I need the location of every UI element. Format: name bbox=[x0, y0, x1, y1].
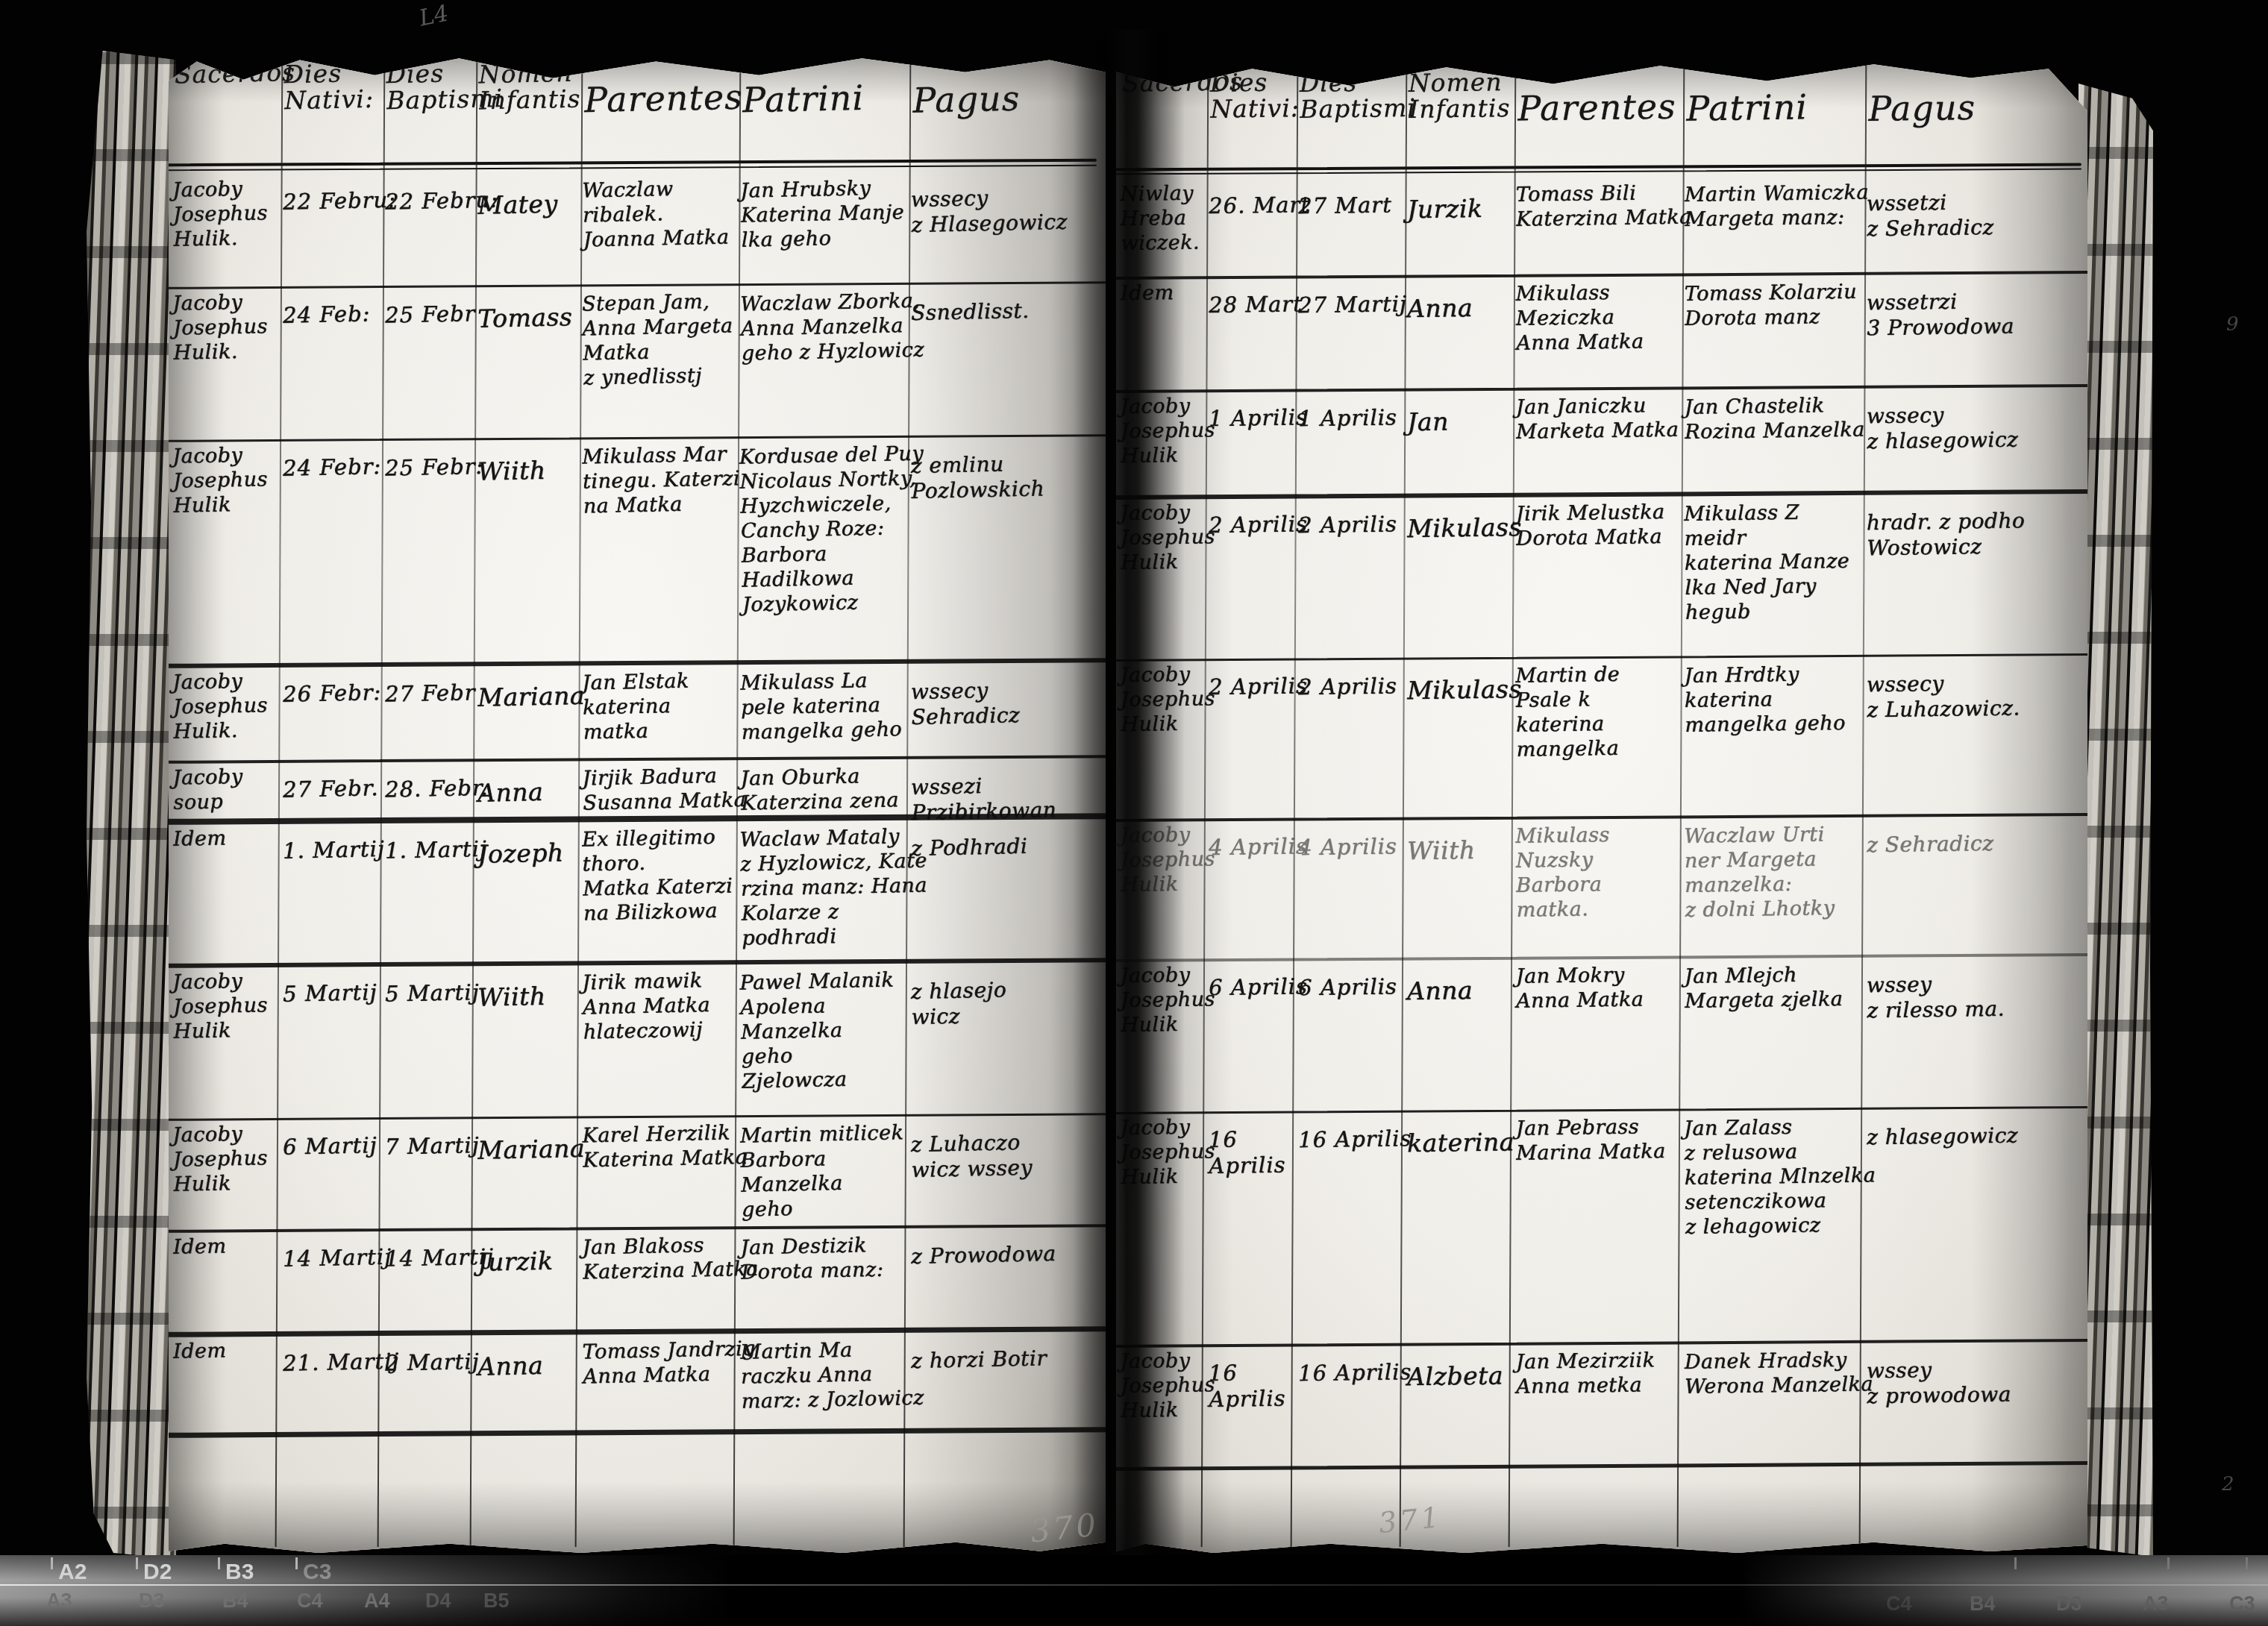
left-page: 370 SacerdosDies Nativi:Dies BaptismiNom… bbox=[169, 42, 1106, 1557]
register-row: Jacoby Josephus Hulik16 Aprilis16 Aprili… bbox=[1116, 1343, 2087, 1466]
right-page: 371 SacerdosDies Nativi:Dies BaptismiNom… bbox=[1116, 48, 2087, 1557]
register-row: Idem21. Martij2 MartijAnnaTomass Jandrzi… bbox=[169, 1333, 1106, 1434]
cell-patrini: Jan Hrdtky katerina mangelka geho bbox=[1684, 662, 1889, 738]
cell-patrini: Waclaw Mataly z Hyzlowicz, Kate rzina ma… bbox=[739, 824, 934, 951]
film-strip-label: A3 bbox=[46, 1589, 72, 1613]
cell-patrini: Jan Hrubsky Katerina Manje lka geho bbox=[740, 175, 934, 253]
cell-parentes: Jan Janiczku Marketa Matka bbox=[1516, 393, 1708, 445]
column-header-sacerdos: Sacerdos bbox=[1122, 69, 1204, 97]
cell-patrini: Mikulass Z meidr katerina Manze lka Ned … bbox=[1684, 500, 1890, 625]
cell-parentes: Jan Blakoss Katerzina Matka bbox=[582, 1232, 763, 1285]
cell-pagus: wssetrzi 3 Prowodowa bbox=[1866, 280, 2113, 342]
register-row: Jacoby Josephus Hulik2 Aprilis2 AprilisM… bbox=[1116, 495, 2087, 657]
cell-pagus: z Sehradicz bbox=[1867, 822, 2114, 858]
film-strip-tick bbox=[295, 1557, 298, 1569]
cell-patrini: Martin Wamiczka Margeta manz: bbox=[1685, 181, 1890, 233]
cell-pagus: wssey z prowodowa bbox=[1866, 1348, 2113, 1410]
cell-patrini: Jan Zalass z relusowa katerina Mlnzelka … bbox=[1684, 1114, 1890, 1240]
film-strip-label: D2 bbox=[143, 1560, 172, 1585]
film-strip-label: B4 bbox=[1970, 1592, 1996, 1616]
cell-parentes: Martin de Psale k katerina mangelka bbox=[1515, 662, 1708, 762]
cell-pagus: wssecy z Hlasegowicz bbox=[910, 175, 1129, 238]
film-strip-label: B3 bbox=[225, 1560, 254, 1585]
cell-patrini: Pawel Malanik Apolena Manzelka geho Zjel… bbox=[739, 967, 934, 1094]
cell-patrini: Jan Mlejch Margeta zjelka bbox=[1685, 962, 1890, 1014]
page-number-right: 371 bbox=[1377, 1501, 1444, 1540]
cell-patrini: Danek Hradsky Werona Manzelka bbox=[1685, 1348, 1890, 1400]
register-row: Jacoby Josephus Hulik24 Febr:25 Febr:Wii… bbox=[169, 438, 1106, 664]
cell-parentes: Tomass Jandrzig Anna Matka bbox=[582, 1337, 763, 1390]
cell-parentes: Jirjik Badura Susanna Matka bbox=[582, 763, 763, 816]
register-row: Idem14 Martij14 MartijJurzikJan Blakoss … bbox=[169, 1228, 1106, 1333]
cell-parentes: Mikulass Nuzsky Barbora matka. bbox=[1515, 822, 1708, 923]
cell-parentes: Jan Mokry Anna Matka bbox=[1516, 962, 1708, 1014]
column-header-dies_nativi: Dies Nativi: bbox=[1210, 69, 1294, 122]
film-strip-tick bbox=[2014, 1557, 2017, 1569]
column-header-nomen: Nomen Infantis bbox=[478, 60, 578, 115]
film-strip-label: B4 bbox=[222, 1589, 248, 1613]
row-rule bbox=[163, 1427, 1112, 1438]
cell-parentes: Stepan Jam, Anna Margeta Matka z ynedlis… bbox=[582, 289, 765, 391]
film-strip-label: C3 bbox=[303, 1560, 331, 1585]
film-strip-label: C4 bbox=[297, 1589, 323, 1613]
film-strip-frame-line bbox=[0, 1584, 2268, 1586]
cell-pagus: z horzi Botir bbox=[911, 1337, 1129, 1374]
register-row: Jacoby Josephus Hulik6 Aprilis6 AprilisA… bbox=[1116, 958, 2087, 1110]
film-strip-label: B5 bbox=[483, 1589, 510, 1613]
film-strip-right-exposure bbox=[1738, 1555, 2268, 1626]
column-header-pagus: Pagus bbox=[1867, 69, 2086, 128]
film-strip-label: D4 bbox=[425, 1589, 451, 1613]
film-strip-tick bbox=[2167, 1557, 2170, 1569]
cell-pagus: z hlasejo wicz bbox=[910, 967, 1129, 1030]
film-strip-label: A3 bbox=[2143, 1592, 2169, 1616]
cell-patrini: Jan Chastelik Rozina Manzelka bbox=[1685, 393, 1890, 445]
cell-pagus: z hlasegowicz bbox=[1867, 1114, 2114, 1151]
cell-patrini: Kordusae del Puy Nicolaus Nortky, Hyzchw… bbox=[739, 442, 936, 618]
page-number-left: 370 bbox=[1029, 1506, 1101, 1549]
cell-patrini: Jan Destizik Dorota manz: bbox=[740, 1232, 933, 1285]
cell-parentes: Jan Mezirziik Anna metka bbox=[1516, 1348, 1708, 1399]
cell-parentes: Jirik Melustka Dorota Matka bbox=[1516, 500, 1708, 551]
cell-pagus: wssecy z hlasegowicz bbox=[1866, 393, 2113, 455]
cell-patrini: Martin mitlicek Barbora Manzelka geho bbox=[740, 1120, 935, 1222]
cell-parentes: Waczlaw ribalek. Joanna Matka bbox=[582, 175, 764, 253]
cell-pagus: wssecy z Luhazowicz. bbox=[1866, 662, 2113, 723]
column-header-dies_baptismi: Dies Baptismi bbox=[386, 60, 473, 114]
right-lower-margin-mark: 2 bbox=[2222, 1473, 2234, 1495]
cell-parentes: Karel Herzilik Katerina Matka bbox=[582, 1120, 763, 1173]
cell-pagus: z emlinu Pozlowskich bbox=[910, 442, 1129, 504]
register-row: Jacoby Josephus Hulik5 Martij5 MartijWii… bbox=[169, 964, 1106, 1117]
right-upper-margin-mark: 9 bbox=[2226, 313, 2239, 336]
register-row: Jacoby Josephus Hulik.26 Febr:27 FebrMar… bbox=[169, 664, 1106, 759]
register-row: Jacoby Josephus Hulik.22 Febru:22 Febru:… bbox=[169, 172, 1106, 285]
film-strip: A2D2B3C3A3D3B4C4A4D4B5C4B4D3A3C3 bbox=[0, 1555, 2268, 1626]
film-strip-tick bbox=[2246, 1557, 2248, 1569]
cell-pagus: hradr. z podho Wostowicz bbox=[1866, 500, 2113, 562]
register-row: Idem28 Mart27 MartijAnnaMikulass Meziczk… bbox=[1116, 275, 2087, 389]
register-row: Jacoby Josephus Hulik6 Martij7 MartijMar… bbox=[169, 1117, 1106, 1228]
cell-pagus: z Prowodowa bbox=[911, 1232, 1129, 1269]
cell-pagus: wssecy Sehradicz bbox=[910, 668, 1129, 730]
film-strip-label: A4 bbox=[364, 1589, 390, 1613]
column-header-pagus: Pagus bbox=[912, 59, 1102, 119]
register-row: Jacoby soup27 Febr.28. Febr.AnnaJirjik B… bbox=[169, 759, 1106, 820]
film-strip-tick bbox=[51, 1557, 53, 1569]
film-strip-label: C3 bbox=[2229, 1592, 2255, 1616]
register-row: Idem1. Martij1. MartijJozephEx illegitim… bbox=[169, 820, 1106, 964]
top-left-margin-mark: L4 bbox=[417, 0, 451, 31]
column-header-patrini: Patrini bbox=[742, 60, 907, 119]
cell-parentes: Jirik mawik Anna Matka hlateczowij bbox=[582, 967, 764, 1045]
column-header-dies_baptismi: Dies Baptismi bbox=[1300, 69, 1403, 123]
cell-parentes: Ex illegitimo thoro. Matka Katerzi na Bi… bbox=[582, 824, 765, 926]
cell-patrini: Waczlaw Zborka, Anna Manzelka geho z Hyz… bbox=[740, 289, 934, 366]
book-right-page-edges bbox=[2079, 84, 2153, 1557]
cell-pagus: z Podhradi bbox=[911, 824, 1129, 861]
cell-parentes: Jan Elstak katerina matka bbox=[582, 668, 764, 745]
column-header-patrini: Patrini bbox=[1685, 69, 1862, 127]
column-header-nomen: Nomen Infantis bbox=[1409, 69, 1512, 123]
cell-pagus: Ssnedlisst. bbox=[911, 289, 1129, 326]
book-left-page-edges bbox=[87, 51, 176, 1559]
register-row: Jacoby Josephus Hulik16 Aprilis16 Aprili… bbox=[1116, 1110, 2087, 1343]
cell-patrini: Waczlaw Urti ner Margeta manzelka: z dol… bbox=[1684, 822, 1890, 923]
cell-patrini: Mikulass La pele katerina mangelka geho bbox=[740, 668, 934, 745]
microfilm-scan: 370 SacerdosDies Nativi:Dies BaptismiNom… bbox=[0, 0, 2268, 1626]
film-strip-tick bbox=[136, 1557, 138, 1569]
cell-parentes: Tomass Bili Katerzina Matka bbox=[1516, 181, 1708, 232]
film-strip-label: A2 bbox=[58, 1560, 87, 1585]
film-strip-tick bbox=[218, 1557, 220, 1569]
column-header-parentes: Parentes bbox=[583, 60, 737, 119]
cell-pagus: wssey z rilesso ma. bbox=[1866, 962, 2113, 1024]
register-row: Jacoby Josephus Hulik.24 Feb:25 FebrToma… bbox=[169, 285, 1106, 438]
register-row: Jacoby Josephus Hulik4 Aprilis4 AprilisW… bbox=[1116, 817, 2087, 958]
register-row: Jacoby Josephus Hulik1 Aprilis1 AprilisJ… bbox=[1116, 389, 2087, 495]
cell-pagus: z Luhaczo wicz wssey bbox=[910, 1120, 1129, 1183]
cell-pagus: wssetzi z Sehradicz bbox=[1866, 181, 2113, 242]
film-strip-label: D3 bbox=[2056, 1592, 2082, 1616]
cell-parentes: Mikulass Mar tinegu. Katerzi na Matka bbox=[582, 442, 764, 519]
cell-patrini: Tomass Kolarziu Dorota manz bbox=[1685, 280, 1890, 332]
column-header-parentes: Parentes bbox=[1517, 69, 1680, 127]
cell-patrini: Martin Ma raczku Anna marz: z Jozlowicz bbox=[740, 1337, 934, 1414]
register-row: Niwlay Hreba wiczek.26. Mart27 MartJurzi… bbox=[1116, 176, 2087, 275]
column-header-dies_nativi: Dies Nativi: bbox=[283, 60, 380, 115]
film-strip-label: C4 bbox=[1886, 1592, 1912, 1616]
column-header-sacerdos: Sacerdos bbox=[175, 60, 279, 89]
register-row: Jacoby Josephus Hulik2 Aprilis2 AprilisM… bbox=[1116, 657, 2087, 817]
film-strip-label: D3 bbox=[139, 1589, 165, 1613]
cell-parentes: Jan Pebrass Marina Matka bbox=[1516, 1114, 1708, 1166]
row-rule bbox=[1110, 1461, 2093, 1471]
cell-parentes: Mikulass Meziczka Anna Matka bbox=[1515, 280, 1707, 356]
cell-patrini: Jan Oburka Katerzina zena bbox=[740, 763, 933, 816]
